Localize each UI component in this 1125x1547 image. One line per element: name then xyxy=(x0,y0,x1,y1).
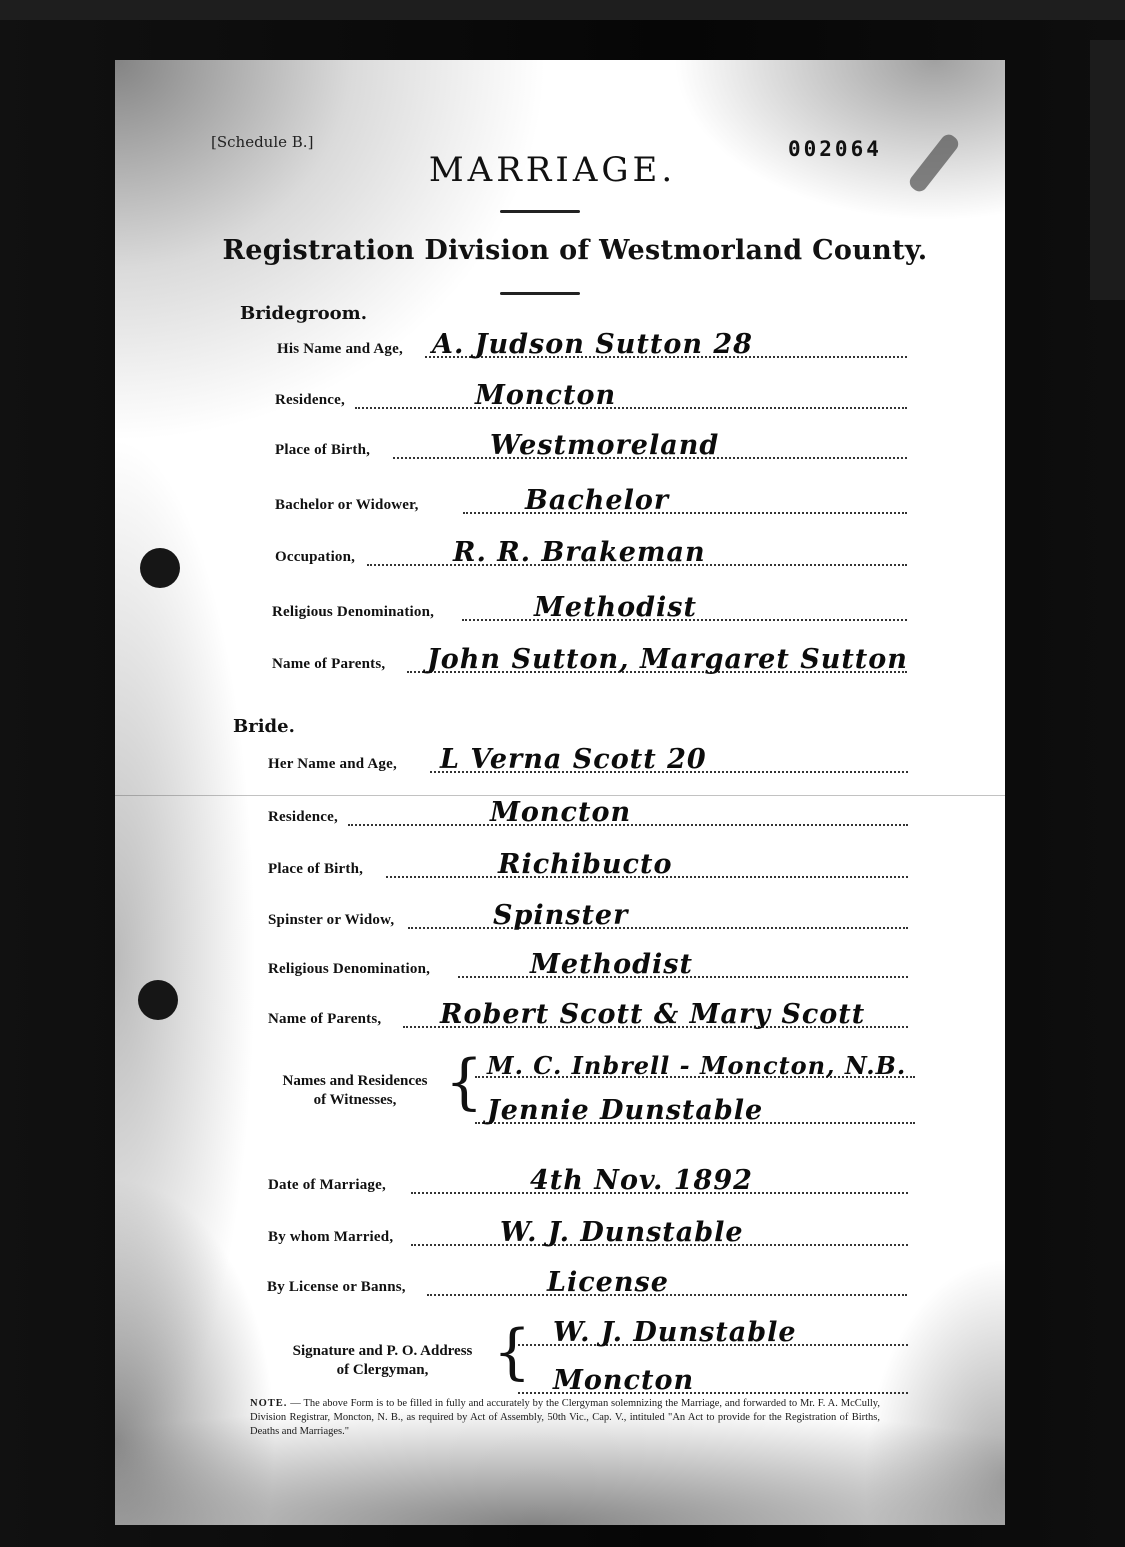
scanner-edge-top xyxy=(0,0,1125,20)
field-label: Residence, xyxy=(275,392,345,409)
page-title: MARRIAGE. xyxy=(115,150,1005,190)
title-text: MARRIAGE. xyxy=(429,150,676,190)
witness-1-row: M. C. Inbrell - Moncton, N.B. xyxy=(475,1042,915,1082)
officiant-value: W. J. Dunstable xyxy=(500,1217,744,1248)
field-label: Name of Parents, xyxy=(272,656,385,673)
bride-marital-status-field[interactable] xyxy=(408,891,908,929)
witnesses-label: Names and Residences of Witnesses, xyxy=(260,1072,450,1110)
clergyman-label-line1: Signature and P. O. Address xyxy=(265,1342,500,1361)
field-label: Occupation, xyxy=(275,549,355,566)
footnote: NOTE. — The above Form is to be filled i… xyxy=(250,1397,880,1439)
field-label: Religious Denomination, xyxy=(272,604,434,621)
groom-birthplace-row: Place of Birth, Westmoreland xyxy=(275,423,907,463)
groom-religion-row: Religious Denomination, Methodist xyxy=(272,585,907,625)
groom-marital-status-value: Bachelor xyxy=(525,485,669,516)
groom-occupation-value: R. R. Brakeman xyxy=(453,537,706,568)
bride-marital-status-row: Spinster or Widow, Spinster xyxy=(268,893,908,933)
note-text: — The above Form is to be filled in full… xyxy=(250,1398,880,1437)
page-subtitle: Registration Division of Westmorland Cou… xyxy=(115,235,1005,266)
bride-marital-status-value: Spinster xyxy=(493,900,628,931)
divider xyxy=(500,210,580,213)
bride-name-age-value: L Verna Scott 20 xyxy=(440,744,707,775)
groom-parents-value: John Sutton, Margaret Sutton xyxy=(427,644,908,675)
bride-residence-value: Moncton xyxy=(490,797,631,828)
field-label: His Name and Age, xyxy=(277,341,403,358)
clergyman-label: Signature and P. O. Address of Clergyman… xyxy=(265,1342,500,1380)
bridegroom-section-label: Bridegroom. xyxy=(240,303,367,324)
bride-parents-row: Name of Parents, Robert Scott & Mary Sco… xyxy=(268,992,908,1032)
groom-occupation-row: Occupation, R. R. Brakeman xyxy=(275,530,907,570)
bride-residence-row: Residence, Moncton xyxy=(268,790,908,830)
bride-parents-value: Robert Scott & Mary Scott xyxy=(440,999,865,1030)
clergyman-signature-value: W. J. Dunstable xyxy=(553,1317,797,1348)
clergyman-address-row: Moncton xyxy=(518,1358,908,1398)
groom-residence-field[interactable] xyxy=(355,371,907,409)
groom-parents-row: Name of Parents, John Sutton, Margaret S… xyxy=(272,637,907,677)
groom-birthplace-value: Westmoreland xyxy=(490,430,719,461)
marriage-registration-form: [Schedule B.] 002064 MARRIAGE. Registrat… xyxy=(115,60,1005,1525)
license-banns-value: License xyxy=(547,1267,669,1298)
field-label: Place of Birth, xyxy=(275,442,370,459)
punch-hole-icon xyxy=(140,548,180,588)
witness-2-value: Jennie Dunstable xyxy=(487,1095,763,1126)
officiant-row: By whom Married, W. J. Dunstable xyxy=(268,1210,908,1250)
schedule-label: [Schedule B.] xyxy=(211,133,313,151)
punch-hole-icon xyxy=(138,980,178,1020)
field-label: Religious Denomination, xyxy=(268,961,430,978)
field-label: Her Name and Age, xyxy=(268,756,397,773)
field-label: Bachelor or Widower, xyxy=(275,497,419,514)
clergyman-signature-row: W. J. Dunstable xyxy=(518,1310,908,1350)
clergyman-label-line2: of Clergyman, xyxy=(265,1361,500,1380)
field-label: Name of Parents, xyxy=(268,1011,381,1028)
groom-residence-value: Moncton xyxy=(475,380,616,411)
field-label: Residence, xyxy=(268,809,338,826)
witness-1-value: M. C. Inbrell - Moncton, N.B. xyxy=(487,1051,906,1080)
bride-birthplace-value: Richibucto xyxy=(498,849,672,880)
divider xyxy=(500,292,580,295)
note-heading: NOTE. xyxy=(250,1398,287,1409)
license-banns-row: By License or Banns, License xyxy=(267,1260,907,1300)
bride-section-label: Bride. xyxy=(233,716,295,737)
date-of-marriage-row: Date of Marriage, 4th Nov. 1892 xyxy=(268,1158,908,1198)
groom-residence-row: Residence, Moncton xyxy=(275,373,907,413)
groom-name-age-value: A. Judson Sutton 28 xyxy=(432,329,753,360)
witnesses-label-line1: Names and Residences xyxy=(260,1072,450,1091)
field-label: By whom Married, xyxy=(268,1229,393,1246)
bride-religion-row: Religious Denomination, Methodist xyxy=(268,942,908,982)
witness-2-row: Jennie Dunstable xyxy=(475,1088,915,1128)
date-of-marriage-value: 4th Nov. 1892 xyxy=(530,1165,753,1196)
field-label: Date of Marriage, xyxy=(268,1177,386,1194)
groom-name-age-row: His Name and Age, A. Judson Sutton 28 xyxy=(277,322,907,362)
bride-name-age-row: Her Name and Age, L Verna Scott 20 xyxy=(268,737,908,777)
field-label: By License or Banns, xyxy=(267,1279,406,1296)
groom-marital-status-row: Bachelor or Widower, Bachelor xyxy=(275,478,907,518)
groom-religion-value: Methodist xyxy=(534,592,697,623)
field-label: Place of Birth, xyxy=(268,861,363,878)
clergyman-address-value: Moncton xyxy=(553,1365,694,1396)
bride-religion-value: Methodist xyxy=(530,949,693,980)
scanner-edge-right xyxy=(1090,40,1125,300)
bride-birthplace-row: Place of Birth, Richibucto xyxy=(268,842,908,882)
subtitle-text: Registration Division of Westmorland Cou… xyxy=(223,235,928,266)
field-label: Spinster or Widow, xyxy=(268,912,394,929)
witnesses-label-line2: of Witnesses, xyxy=(260,1091,450,1110)
